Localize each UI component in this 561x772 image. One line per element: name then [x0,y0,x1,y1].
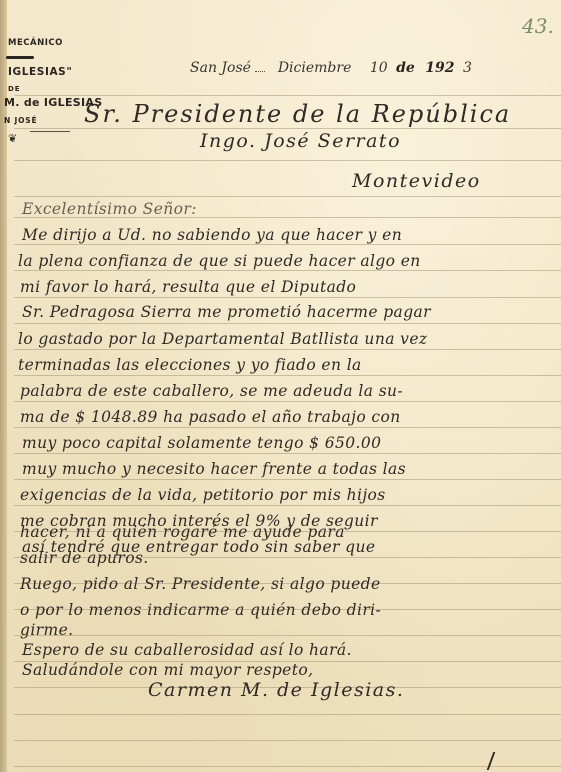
body-line-18: Espero de su caballerosidad así lo hará. [22,641,352,659]
letterhead-line-2: IGLESIAS" [8,66,72,78]
rule-line [14,740,561,741]
body-line-15: Ruego, pido al Sr. Presidente, si algo p… [20,575,381,593]
letter-page: MECÁNICO IGLESIAS" DE M. de IGLESIAS N J… [0,0,561,772]
body-line: exigencias de la vida, petitorio por mis… [20,486,386,504]
date-place: San José [190,60,251,76]
signature: Carmen M. de Iglesias. [148,679,404,701]
rule-line [14,349,561,350]
body-line: palabra de este caballero, se me adeuda … [20,382,403,400]
date-dots [255,71,265,72]
rule-line [14,128,561,129]
rule-line [14,160,561,161]
date-month: Diciembre [278,60,352,76]
ink-mark [487,752,500,770]
rule-line [14,297,561,298]
body-line: muy poco capital solamente tengo $ 650.0… [22,434,381,452]
ornament-icon: ❦ [8,132,17,145]
date-day: 10 [370,60,388,76]
letterhead-underline [30,131,70,132]
rule-line [14,270,561,271]
body-line: Sr. Pedragosa Sierra me prometió hacerme… [22,303,431,321]
salutation: Excelentísimo Señor: [22,200,197,218]
rule-line [14,766,561,767]
addressee-name: Ingo. José Serrato [200,130,401,152]
body-line: mi favor lo hará, resulta que el Diputad… [20,278,356,296]
letterhead-line-1: MECÁNICO [8,38,63,48]
date-year-handwritten: 3 [463,60,472,76]
rule-line [14,244,561,245]
body-line: lo gastado por la Departamental Batllist… [18,330,427,348]
rule-line [14,401,561,402]
addressee-title: Sr. Presidente de la República [84,100,511,128]
body-line: terminadas las elecciones y yo fiado en … [18,356,362,374]
body-line-14: salir de apuros. [20,549,149,567]
rule-line [14,479,561,480]
date-year-printed: 192 [425,60,454,76]
body-line: la plena confianza de que si puede hacer… [18,252,421,270]
dateline: San José Diciembre 10 de 192 3 [190,60,472,76]
body-line-19: Saludándole con mi mayor respeto, [22,661,313,679]
date-de: de [396,60,415,76]
body-line-16: o por lo menos indicarme a quién debo di… [20,601,381,619]
body-line: Me dirijo a Ud. no sabiendo ya que hacer… [22,226,402,244]
rule-line [14,714,561,715]
page-number: 43. [522,14,554,38]
body-line: ma de $ 1048.89 ha pasado el año trabajo… [20,408,401,426]
body-line-13: hacer, ni a quién rogaré me ayude para [20,523,345,541]
rule-line [14,453,561,454]
letterhead-bar [6,56,34,59]
rule-line [14,375,561,376]
addressee-city: Montevideo [352,170,481,192]
rule-line [14,635,561,636]
body-line-17: girme. [20,621,74,639]
letterhead-line-5: N JOSÉ [4,116,37,125]
rule-line [14,196,561,197]
rule-line [14,323,561,324]
rule-line [14,427,561,428]
letterhead-line-3: DE [8,85,21,93]
rule-line [14,505,561,506]
body-line: muy mucho y necesito hacer frente a toda… [22,460,406,478]
